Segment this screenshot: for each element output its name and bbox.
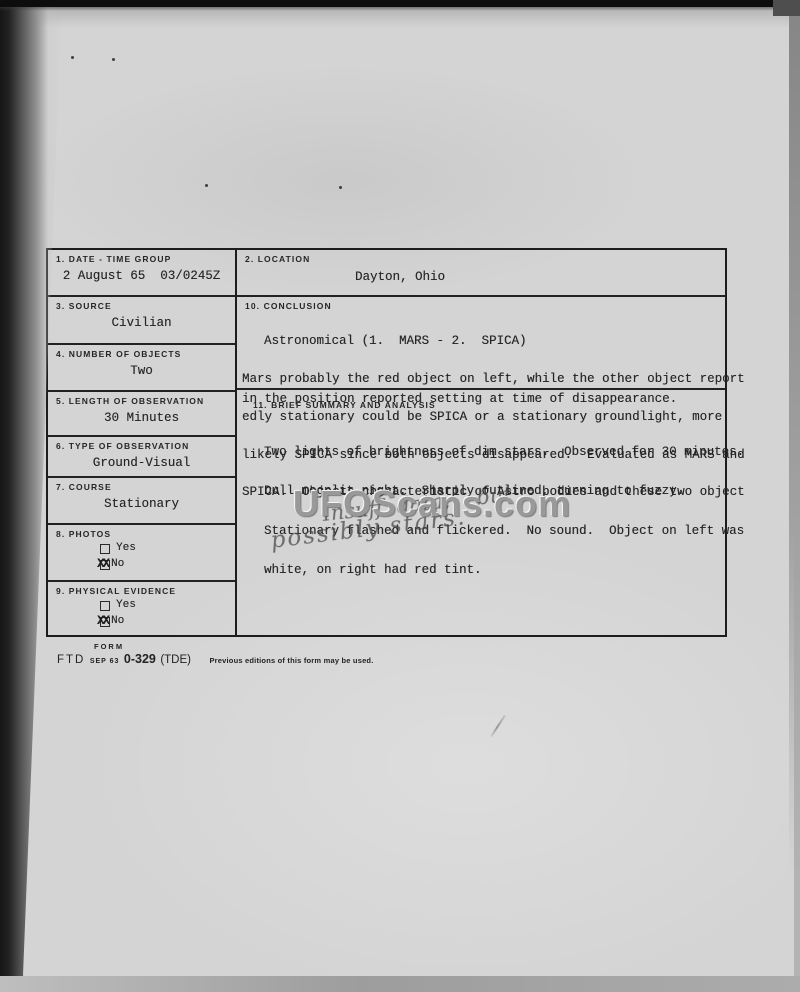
field-label: 9. PHYSICAL EVIDENCE (48, 582, 235, 596)
footer-number: 0-329 (124, 652, 156, 666)
field-physical-evidence: 9. PHYSICAL EVIDENCE Yes XX No (48, 582, 235, 635)
length-of-observation-value: 30 Minutes (48, 411, 235, 425)
footer-date: SEP 63 (90, 658, 120, 665)
field-source: 3. SOURCE Civilian (48, 297, 235, 345)
source-value: Civilian (48, 316, 235, 330)
film-edge-top-shadow (0, 7, 800, 11)
checkbox-x-mark: XX (97, 614, 108, 628)
conclusion-line: Astronomical (1. MARS - 2. SPICA) (242, 335, 745, 348)
field-label: 4. NUMBER OF OBJECTS (48, 345, 235, 359)
photos-yes-checkbox: Yes (100, 542, 235, 555)
dust-speck (112, 58, 115, 61)
summary-line: white, on right had red tint. (264, 564, 744, 577)
field-label: 5. LENGTH OF OBSERVATION (48, 392, 235, 406)
checkbox-icon (100, 601, 110, 611)
date-time-group-value: 2 August 65 03/0245Z (48, 269, 235, 283)
ufoscans-watermark: UFOScans.com (293, 483, 571, 525)
field-label: 1. DATE - TIME GROUP (48, 250, 235, 264)
location-value: Dayton, Ohio (237, 270, 725, 284)
checkbox-label: Yes (116, 599, 136, 611)
checkbox-label: No (111, 558, 124, 570)
dust-speck (205, 184, 208, 187)
physical-evidence-no-checkbox: XX No (100, 615, 235, 628)
field-label: 2. LOCATION (237, 250, 725, 264)
field-course: 7. COURSE Stationary (48, 478, 235, 525)
field-date-time-group: 1. DATE - TIME GROUP 2 August 65 03/0245… (48, 250, 235, 297)
form-right-column: 2. LOCATION Dayton, Ohio 10. CONCLUSION … (237, 250, 725, 635)
checkbox-label: No (111, 615, 124, 627)
checkbox-label: Yes (116, 542, 136, 554)
form-left-column: 1. DATE - TIME GROUP 2 August 65 03/0245… (48, 250, 237, 635)
course-value: Stationary (48, 497, 235, 511)
film-edge-top (0, 0, 800, 7)
dust-speck (71, 56, 74, 59)
film-edge-bottom (0, 976, 800, 992)
type-of-observation-value: Ground-Visual (48, 456, 235, 470)
footer-note: Previous editions of this form may be us… (195, 656, 373, 665)
footer-agency: FTD (57, 654, 85, 666)
scanned-document: 1. DATE - TIME GROUP 2 August 65 03/0245… (0, 0, 800, 992)
dust-speck (339, 186, 342, 189)
conclusion-overprint-line: in the position reported setting at time… (242, 392, 677, 406)
field-label: 8. PHOTOS (48, 525, 235, 539)
checkbox-x-mark: XX (97, 557, 108, 571)
field-type-of-observation: 6. TYPE OF OBSERVATION Ground-Visual (48, 437, 235, 478)
summary-line: Two lights of brightness of dim stars. O… (264, 446, 744, 459)
film-edge-top-right (773, 0, 800, 16)
field-label: 3. SOURCE (48, 297, 235, 311)
footer-suffix: (TDE) (160, 654, 191, 666)
report-form-table: 1. DATE - TIME GROUP 2 August 65 03/0245… (46, 248, 727, 637)
field-length-of-observation: 5. LENGTH OF OBSERVATION 30 Minutes (48, 392, 235, 437)
checkbox-icon (100, 544, 110, 554)
field-conclusion: 10. CONCLUSION Astronomical (1. MARS - 2… (237, 297, 725, 390)
film-edge-right (789, 6, 800, 876)
field-label: 7. COURSE (48, 478, 235, 492)
footer-form-number-line: FTD SEP 63 0-329 (TDE) Previous editions… (57, 650, 374, 668)
number-of-objects-value: Two (48, 364, 235, 378)
field-photos: 8. PHOTOS Yes XX No (48, 525, 235, 582)
photos-no-checkbox: XX No (100, 558, 235, 571)
field-number-of-objects: 4. NUMBER OF OBJECTS Two (48, 345, 235, 392)
field-location: 2. LOCATION Dayton, Ohio (237, 250, 725, 297)
field-label: 6. TYPE OF OBSERVATION (48, 437, 235, 451)
field-label: 10. CONCLUSION (237, 297, 725, 311)
conclusion-line: Mars probably the red object on left, wh… (242, 373, 745, 386)
physical-evidence-yes-checkbox: Yes (100, 599, 235, 612)
